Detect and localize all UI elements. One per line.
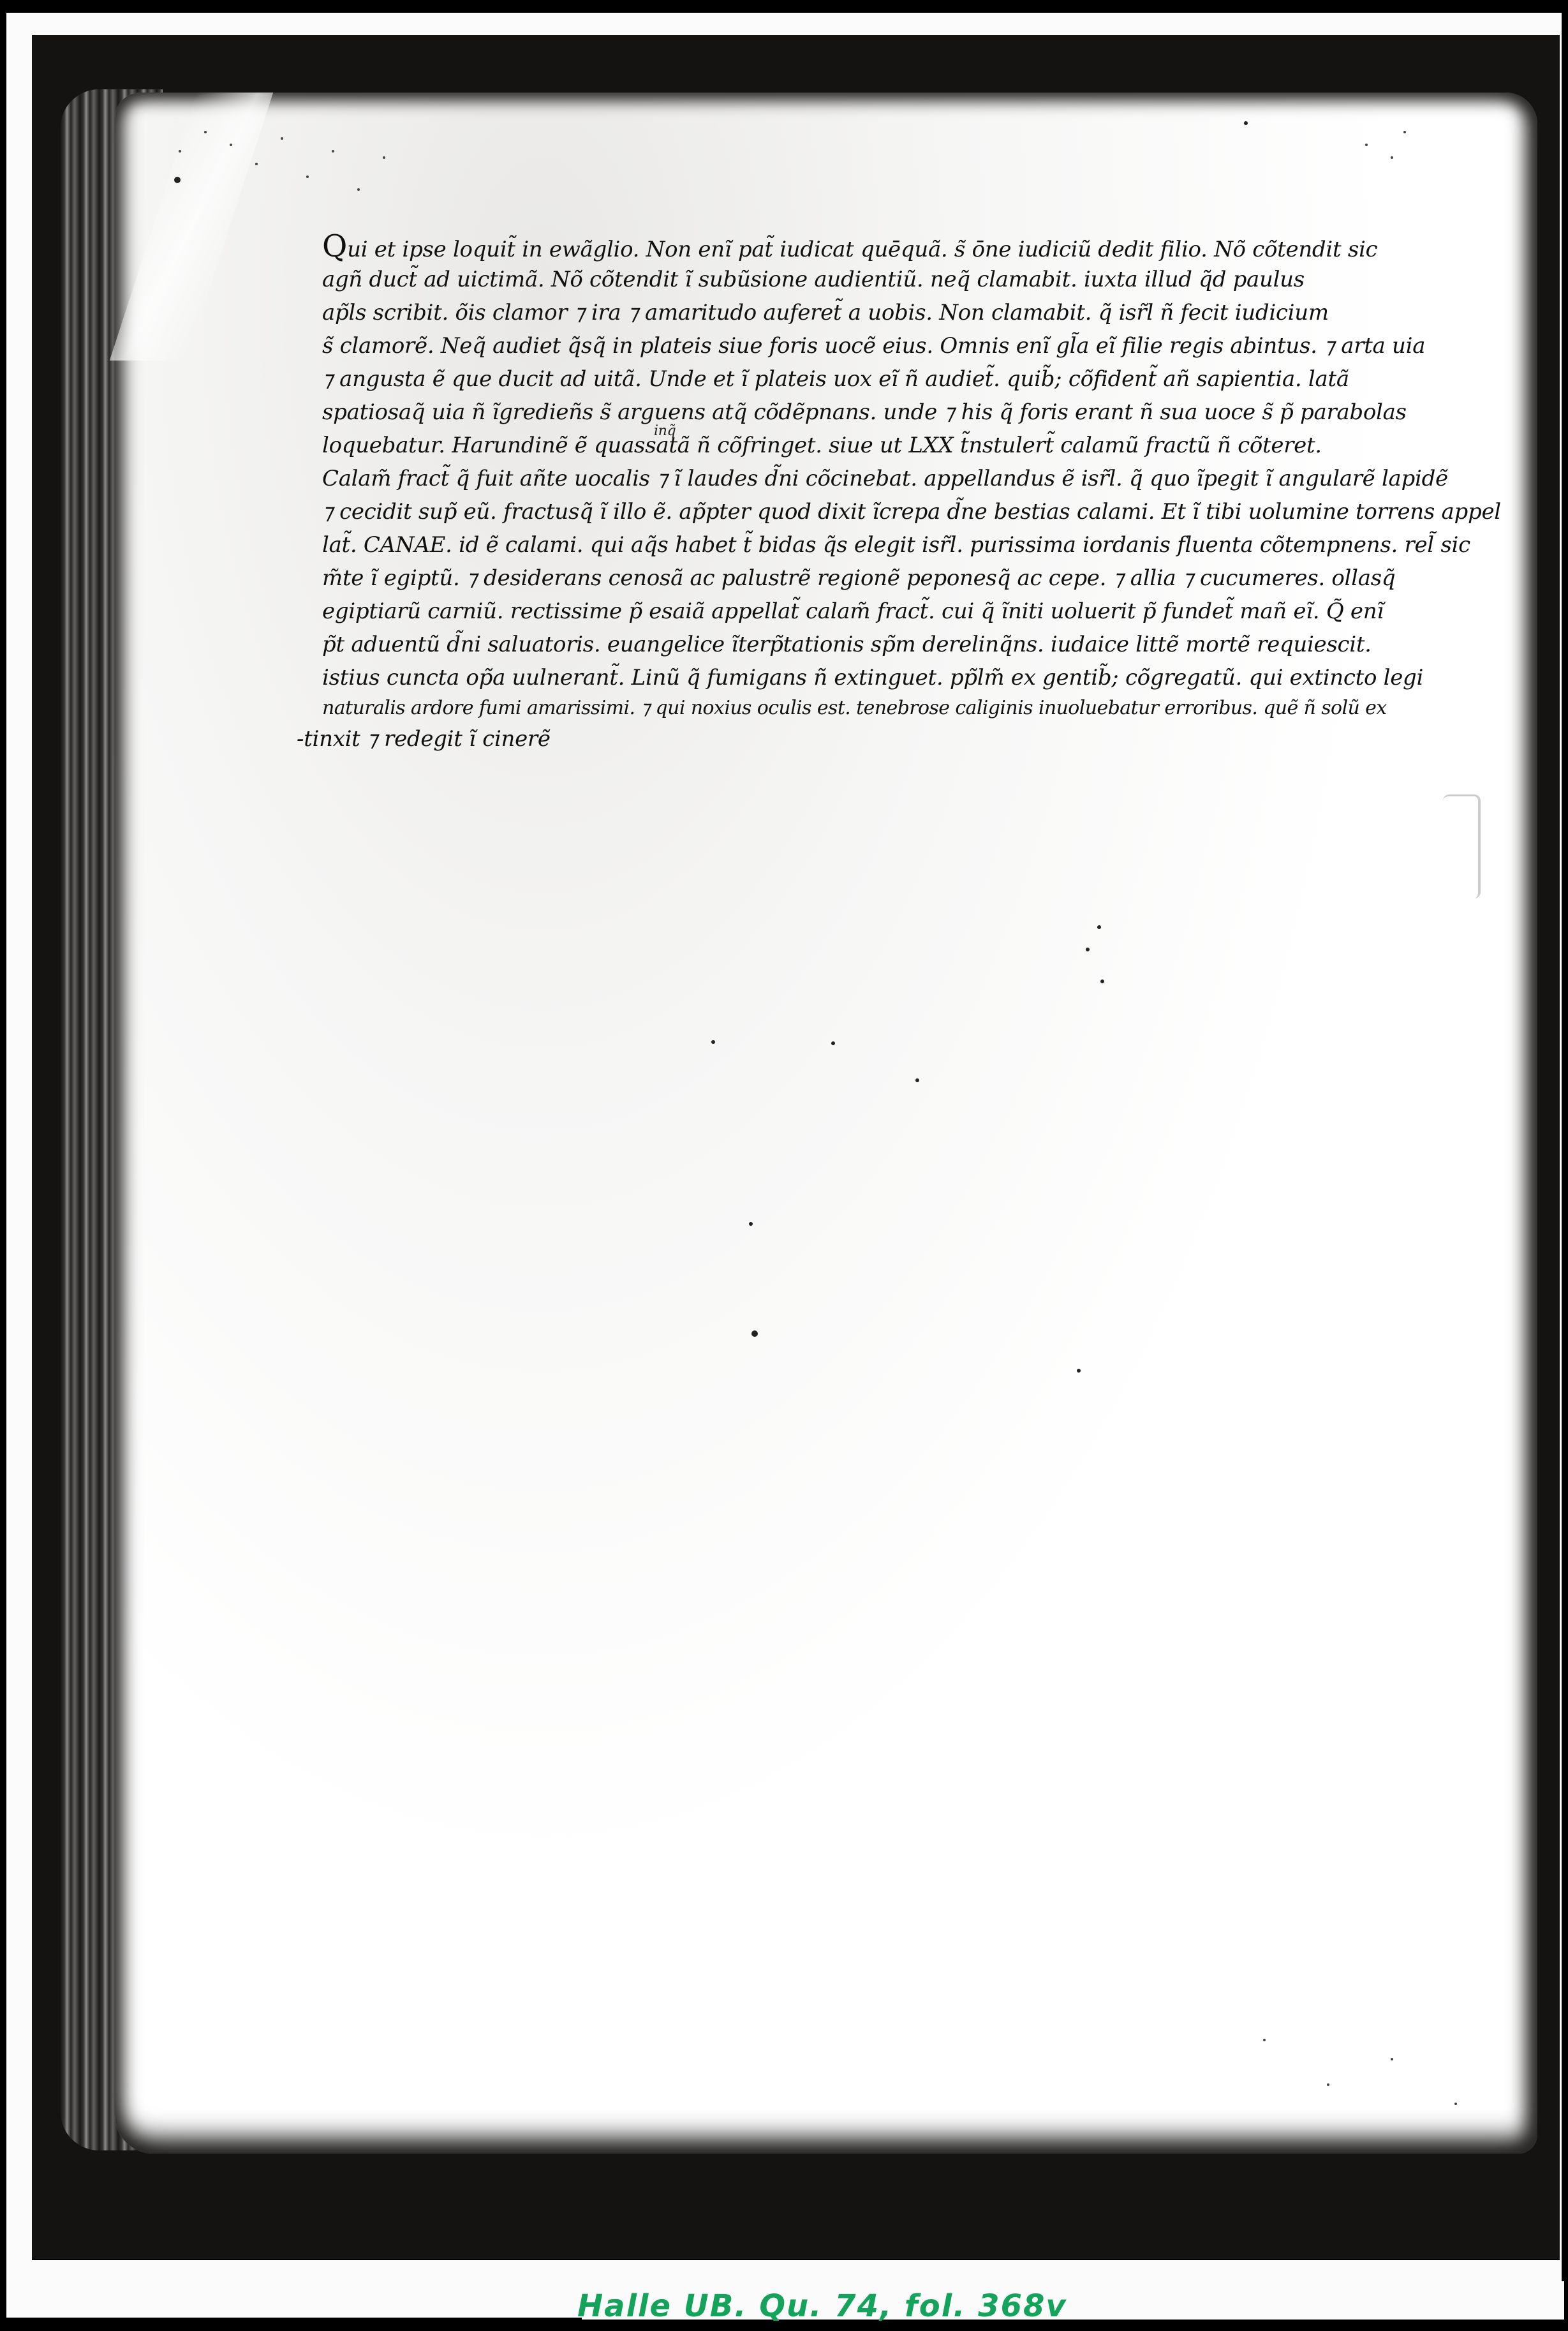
ink-spot xyxy=(1086,948,1090,951)
text-line-3: ap̃ls scribit. õis clamor ⁊ ira ⁊ amari… xyxy=(322,296,1521,329)
text-line-8: Calam̃ fract̃ q̃ fuit añte uocalis ⁊ ĩ… xyxy=(322,462,1521,495)
marginal-bracket-mark xyxy=(1443,794,1481,898)
foxing-spot xyxy=(1391,156,1393,159)
foxing-spot xyxy=(255,163,258,165)
text-line-14: istius cuncta op̃a uulnerant̃. Linũ q̃ … xyxy=(322,661,1521,694)
foxing-spot xyxy=(1403,131,1406,133)
ink-spot xyxy=(751,1330,758,1337)
foxing-spot xyxy=(230,144,232,146)
manuscript-text-block: Qui et ipse loquit̃ in ewãglio. Non eni… xyxy=(322,230,1521,756)
show-through-text xyxy=(357,893,1505,927)
ink-spot xyxy=(711,1040,715,1044)
text-line-7: loquebatur. Harundinẽ ẽ̃ quassatã ñ … xyxy=(322,429,1521,462)
foxing-spot xyxy=(281,137,283,140)
shelfmark-handwritten-label: Halle UB. Qu. 74, fol. 368v xyxy=(577,2286,1215,2326)
foxing-spot xyxy=(174,177,181,183)
text-line-16: -tinxit ⁊ redegit ĩ cinerẽ xyxy=(297,722,1521,756)
text-line-10: lat̃. CANAE. id ẽ calami. qui aq̃s habe… xyxy=(322,528,1521,562)
ink-spot xyxy=(749,1222,753,1226)
text-line-9: ⁊ cecidit sup̃ eũ. fractusq̃ ĩ illo ẽ… xyxy=(322,495,1521,528)
text-line-2: agñ duct̃ ad uictimã. Nõ cõtendit ĩ… xyxy=(322,263,1521,296)
foxing-spot xyxy=(383,156,385,159)
text-line-5: ⁊ angusta ẽ que ducit ad uitã. Unde et… xyxy=(322,362,1521,396)
foxing-spot xyxy=(1454,2103,1457,2105)
interlinear-gloss: inq̃ xyxy=(654,415,676,448)
ink-spot xyxy=(1100,979,1104,983)
text-line-1: Qui et ipse loquit̃ in ewãglio. Non eni… xyxy=(322,230,1521,263)
bleed-line xyxy=(357,893,1505,927)
foxing-spot xyxy=(306,175,309,178)
foxing-spot xyxy=(357,188,360,191)
text-line-12: egiptiarũ carniũ. rectissime p̃ esaiã… xyxy=(322,595,1521,628)
foxing-spot xyxy=(1263,2039,1266,2041)
text-line-4: s̃ clamorẽ. Neq̃ audiet q̃sq̃ in platei… xyxy=(322,329,1521,362)
text-line-6: spatiosaq̃ uia ñ ĩgredieñs s̃ arguens… xyxy=(322,396,1521,429)
foxing-spot xyxy=(1365,144,1368,146)
foxing-spot xyxy=(1244,121,1248,125)
foxing-spot xyxy=(1327,2083,1329,2086)
foxing-spot xyxy=(179,150,181,153)
text-line-15: naturalis ardore fumi amarissimi. ⁊ qui … xyxy=(322,694,1521,722)
foxing-spot xyxy=(204,131,207,133)
text-line-13: p̃t aduentũ d̃ni saluatoris. euangelice… xyxy=(322,628,1521,661)
decorated-initial-q: Q xyxy=(322,228,347,264)
foxing-spot xyxy=(1391,2058,1393,2060)
ink-spot xyxy=(915,1078,919,1082)
text-line-11: m̃te ĩ egiptũ. ⁊ desiderans cenosã ac… xyxy=(322,562,1521,595)
ink-spot xyxy=(831,1041,835,1045)
foxing-spot xyxy=(332,150,334,153)
ink-spot xyxy=(1077,1369,1081,1373)
